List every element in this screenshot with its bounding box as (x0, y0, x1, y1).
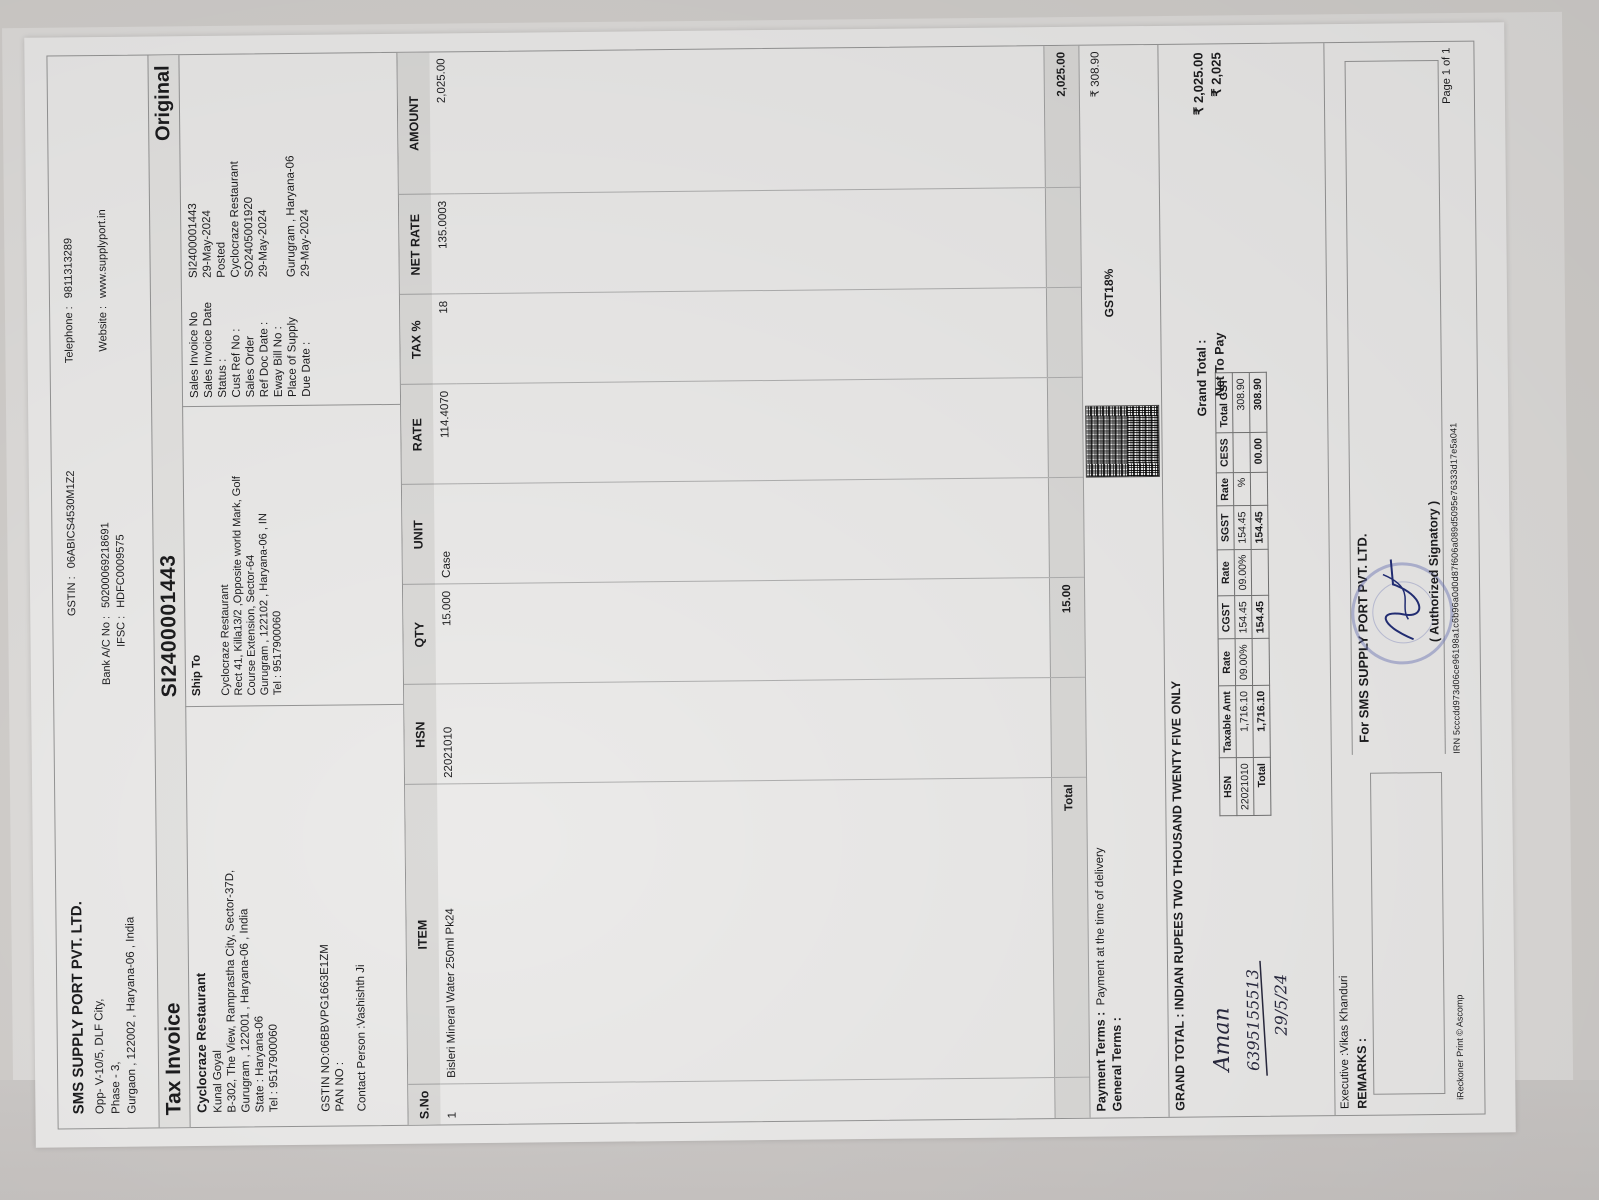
meta-label: Ref Doc Date : (257, 277, 272, 397)
qr-code (1085, 405, 1160, 478)
irn-number: IRN 5cccdd973d06ce96198a1c6b96a0d0d87f60… (1448, 422, 1461, 753)
grand-total-label: Grand Total : (1192, 333, 1211, 417)
footer-section: Executive :Vikas Khanduri REMARKS : For … (1323, 42, 1485, 1116)
bank-ac-value: 50200069218691 (99, 522, 112, 608)
cell-unit: Case (434, 484, 459, 584)
total-label: Total (1052, 778, 1090, 1078)
meta-label: Eway Bill No : (271, 277, 286, 397)
gstin-value: 06ABICS4530M1Z2 (65, 470, 78, 568)
grand-total-value: ₹ 2,025.00 (1189, 52, 1208, 115)
items-table: S.No ITEM HSN QTY UNIT RATE TAX % NET RA… (397, 46, 1098, 1125)
payment-terms-value: Payment at the time of delivery (1094, 847, 1108, 1005)
telephone-label: Telephone : (62, 298, 78, 388)
company-website: Website :www.supplyport.in (95, 209, 112, 388)
invoice-page: SMS SUPPLY PORT PVT. LTD. Opp- V-10/5, D… (24, 22, 1516, 1147)
company-address: Opp- V-10/5, DLF City, Phase - 3, Gurgao… (90, 917, 140, 1114)
col-qty: QTY (403, 585, 436, 685)
tax-total-label: Total (1253, 758, 1271, 816)
tax-col-taxable: Taxable Amt (1219, 686, 1237, 758)
cell-item: Bisleri Mineral Water 250ml Pk24 (437, 784, 464, 1084)
handwritten-date: 29/5/24 (1271, 974, 1291, 1037)
total-qty: 15.00 (1049, 578, 1085, 678)
remarks-box (1370, 772, 1445, 1095)
printed-by: iReckoner Print © Ascomp (1454, 995, 1465, 1100)
signatory-box: For SMS SUPPLY PORT PVT. LTD. ( Authoriz… (1345, 60, 1446, 755)
tax-total-row: Total 1,716.10 154.45 154.45 00.00 308.9… (1249, 373, 1271, 816)
meta-label: Status : (215, 278, 230, 398)
bill-to-name: Cyclocraze Restaurant (191, 713, 209, 1113)
tax-total-cell: 154.45 (1251, 506, 1268, 549)
meta-value: 29-May-2024 (296, 62, 312, 277)
payment-terms: Payment Terms : Payment at the time of d… (1092, 847, 1109, 1111)
tax-col-cgst: CGST (1218, 596, 1235, 639)
payment-terms-label: Payment Terms : (1093, 1012, 1108, 1112)
col-rate: RATE (401, 385, 434, 485)
bill-to: Cyclocraze Restaurant Kunal Goyal B-302,… (191, 711, 369, 1113)
tax-cell: 154.45 (1234, 506, 1251, 549)
cell-hsn: 22021010 (436, 684, 461, 784)
empty-rows (453, 46, 1055, 1124)
grand-total-labels: Grand Total : Net To Pay (1192, 333, 1229, 417)
tax-summary-section: Aman 6395155513 29/5/24 HSN Taxable Amt … (1183, 43, 1334, 1116)
meta-row: Due Date :29-May-2024 (296, 62, 314, 397)
meta-label: Due Date : (299, 277, 314, 397)
ship-to-column: Ship To Cyclocraze Restaurant Rect 41, K… (182, 404, 403, 707)
gst-amount: ₹ 308.90 (1087, 52, 1101, 98)
cell-qty: 15.000 (435, 584, 460, 684)
ship-to: Ship To Cyclocraze Restaurant Rect 41, K… (182, 405, 291, 706)
ship-to-label: Ship To (188, 416, 204, 696)
net-to-pay-label: Net To Pay (1210, 333, 1229, 417)
website-label: Website : (96, 298, 112, 388)
bank-ac-label: Bank A/C No : (99, 608, 115, 698)
tax-cell: 1,716.10 (1236, 685, 1254, 757)
authorized-signatory: ( Authorized Signatory ) (1426, 501, 1441, 642)
telephone-value: 9811313289 (62, 238, 75, 298)
gst-rate-label: GST18% (1102, 269, 1117, 318)
tax-col-hsn: HSN (1219, 758, 1237, 816)
meta-label: Sales Invoice Date (201, 278, 216, 398)
tax-cell: 22021010 (1236, 758, 1254, 816)
meta-label: Place of Supply (285, 277, 300, 397)
signature-icon (1373, 554, 1429, 645)
tax-cell: 09.00% (1235, 639, 1252, 686)
net-to-pay-value: ₹ 2,025 (1207, 52, 1226, 115)
tax-col-rate: Rate (1217, 549, 1234, 596)
page-number: Page 1 of 1 (1440, 48, 1453, 104)
handwritten-name: Aman (1209, 1007, 1235, 1073)
bank-details: Bank A/C No :50200069218691 IFSC :HDFC00… (98, 522, 130, 698)
parties-section: Cyclocraze Restaurant Kunal Goyal B-302,… (178, 53, 408, 1127)
tax-cell (1233, 433, 1250, 473)
address-line: Gurgaon , 122002 , Haryana-06 , India (122, 917, 140, 1114)
tax-col-sgst: SGST (1217, 506, 1234, 549)
hsn-tax-table: HSN Taxable Amt Rate CGST Rate SGST Rate… (1215, 372, 1272, 816)
col-amount: AMOUNT (397, 53, 430, 195)
tax-cell: 308.90 (1232, 373, 1250, 433)
col-sno: S.No (408, 1084, 440, 1124)
col-unit: UNIT (402, 485, 435, 585)
tax-total-cell: 00.00 (1250, 432, 1267, 472)
document-title: Tax Invoice (161, 1002, 186, 1115)
handwritten-note: Aman 6395155513 29/5/24 (1198, 955, 1309, 1076)
ifsc-value: HDFC0009575 (114, 534, 127, 607)
invoice-frame: SMS SUPPLY PORT PVT. LTD. Opp- V-10/5, D… (46, 41, 1485, 1130)
cell-tax: 18 (432, 294, 457, 384)
meta-label: Sales Order (243, 277, 258, 397)
grand-total-values: ₹ 2,025.00 ₹ 2,025 (1189, 52, 1226, 115)
ifsc-label: IFSC : (114, 608, 130, 698)
invoice-meta: Sales Invoice NoSI2400001443Sales Invoic… (178, 53, 400, 407)
cell-sno: 1 (440, 1084, 464, 1124)
col-hsn: HSN (404, 685, 437, 785)
executive-name: Executive :Vikas Khanduri (1338, 976, 1351, 1110)
company-name: SMS SUPPLY PORT PVT. LTD. (68, 901, 87, 1114)
cell-amount: 2,025.00 (429, 52, 454, 194)
tax-cell: % (1233, 472, 1250, 506)
ship-to-line: Tel : 9517900060 (269, 415, 285, 695)
general-terms: General Terms : (1110, 1017, 1125, 1111)
remarks-label: REMARKS : (1355, 1038, 1370, 1109)
bill-to-contact: Contact Person :Vashishth Ji (351, 711, 369, 1111)
tax-cell: 09.00% (1234, 549, 1251, 596)
website-value: www.supplyport.in (96, 209, 109, 298)
tax-col-rate: Rate (1218, 639, 1235, 686)
cell-net-rate: 135.0003 (431, 194, 456, 294)
col-item: ITEM (405, 784, 440, 1084)
invoice-number-heading: SI2400001443 (157, 555, 182, 698)
gstin-label: GSTIN : (65, 568, 81, 658)
company-telephone: Telephone :9811313289 (61, 238, 78, 389)
terms-section: Payment Terms : Payment at the time of d… (1079, 45, 1169, 1118)
total-amount: 2,025.00 (1044, 46, 1080, 188)
tax-col-rate: Rate (1216, 472, 1233, 506)
general-terms-label: General Terms : (1110, 1017, 1125, 1111)
handwritten-phone: 6395155513 (1243, 969, 1263, 1071)
cell-rate: 114.4070 (433, 384, 458, 484)
tax-total-cell: 154.45 (1252, 596, 1269, 639)
meta-label: Sales Invoice No (187, 278, 202, 398)
col-tax: TAX % (400, 295, 433, 385)
tax-total-cell: 1,716.10 (1253, 685, 1271, 757)
meta-label: Cust Ref No : (229, 278, 244, 398)
tax-total-cell: 308.90 (1249, 373, 1267, 433)
company-gstin: GSTIN :06ABICS4530M1Z2 (64, 470, 81, 658)
tax-cell: 154.45 (1235, 596, 1252, 639)
tax-col-cess: CESS (1216, 433, 1233, 473)
company-header: SMS SUPPLY PORT PVT. LTD. Opp- V-10/5, D… (47, 55, 158, 1128)
copy-type: Original (152, 65, 176, 141)
col-net-rate: NET RATE (399, 195, 432, 295)
